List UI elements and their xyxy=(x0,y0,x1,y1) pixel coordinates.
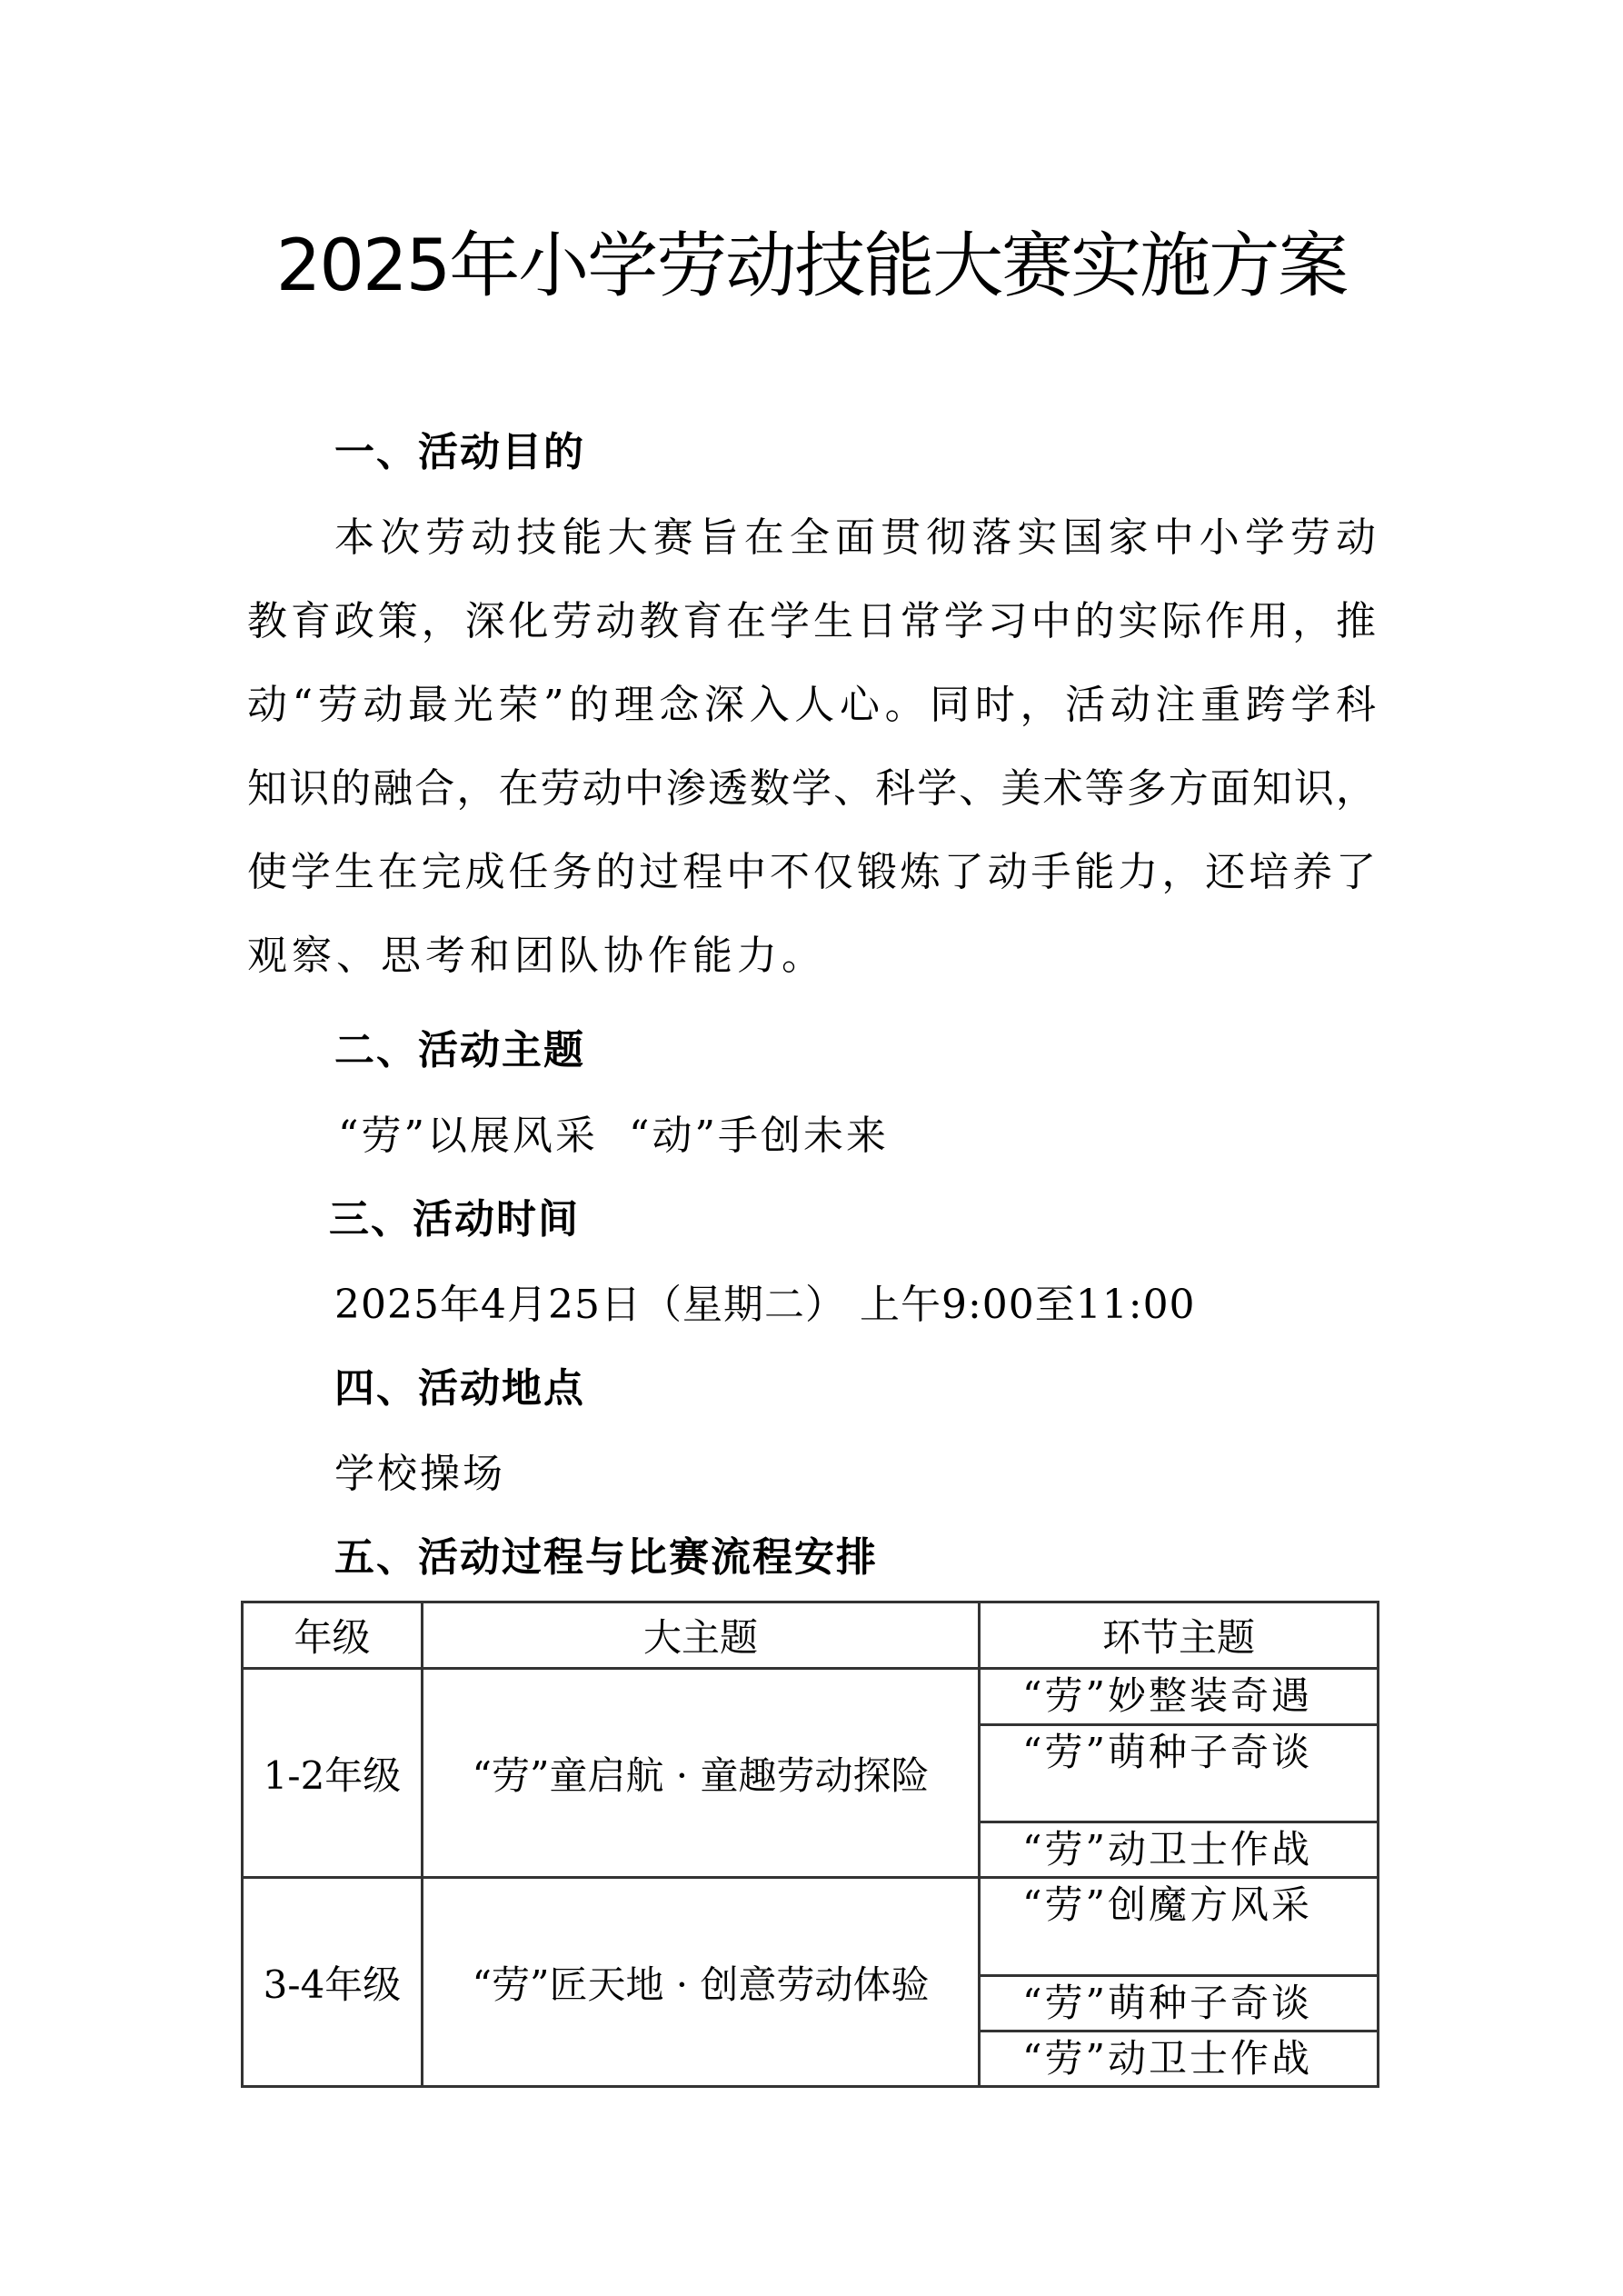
table-row: 1-2年级 “劳”童启航 · 童趣劳动探险 “劳”妙整装奇遇 xyxy=(243,1669,1379,1725)
sub-theme-cell: “劳”萌种子奇谈 xyxy=(980,1725,1379,1822)
header-grade: 年级 xyxy=(243,1602,423,1669)
paragraph-line: 知识的融合，在劳动中渗透数学、科学、美术等多方面知识， xyxy=(247,762,1376,816)
activity-theme-text: “劳”以展风采 “动”手创未来 xyxy=(338,1109,889,1163)
paragraph-line: 动“劳动最光荣”的理念深入人心。同时，活动注重跨学科 xyxy=(247,678,1376,733)
sub-theme-cell: “劳”妙整装奇遇 xyxy=(980,1669,1379,1725)
paragraph-line: 本次劳动技能大赛旨在全面贯彻落实国家中小学劳动 xyxy=(334,511,1376,565)
activity-time-text: 2025年4月25日（星期二） 上午9:00至11:00 xyxy=(334,1278,1196,1333)
grade-cell: 1-2年级 xyxy=(243,1669,423,1878)
document-title: 2025年小学劳动技能大赛实施方案 xyxy=(0,207,1623,325)
section-heading-process: 五、活动过程与比赛流程安排 xyxy=(334,1531,878,1585)
sub-theme-cell: “劳”萌种子奇谈 xyxy=(980,1976,1379,2031)
header-sub-theme: 环节主题 xyxy=(980,1602,1379,1669)
section-heading-theme: 二、活动主题 xyxy=(334,1023,585,1078)
paragraph-line: 观察、思考和团队协作能力。 xyxy=(247,929,1376,983)
section-heading-location: 四、活动地点 xyxy=(334,1362,585,1416)
table-row: 3-4年级 “劳”匠天地 · 创意劳动体验 “劳”创魔方风采 xyxy=(243,1878,1379,1976)
paragraph-line: 使学生在完成任务的过程中不仅锻炼了动手能力，还培养了 xyxy=(247,845,1376,900)
document-page: 2025年小学劳动技能大赛实施方案 一、活动目的 本次劳动技能大赛旨在全面贯彻落… xyxy=(0,0,1623,2296)
section-heading-time: 三、活动时间 xyxy=(329,1193,580,1247)
activity-location-text: 学校操场 xyxy=(334,1447,505,1502)
sub-theme-cell: “劳”创魔方风采 xyxy=(980,1878,1379,1976)
table-header-row: 年级 大主题 环节主题 xyxy=(243,1602,1379,1669)
main-theme-cell: “劳”匠天地 · 创意劳动体验 xyxy=(423,1878,980,2087)
paragraph-line: 教育政策，深化劳动教育在学生日常学习中的实际作用，推 xyxy=(247,594,1376,649)
grade-cell: 3-4年级 xyxy=(243,1878,423,2087)
sub-theme-cell: “劳”动卫士作战 xyxy=(980,1822,1379,1878)
header-main-theme: 大主题 xyxy=(423,1602,980,1669)
main-theme-cell: “劳”童启航 · 童趣劳动探险 xyxy=(423,1669,980,1878)
sub-theme-cell: “劳”动卫士作战 xyxy=(980,2031,1379,2087)
schedule-table: 年级 大主题 环节主题 1-2年级 “劳”童启航 · 童趣劳动探险 “劳”妙整装… xyxy=(241,1601,1377,2084)
section-heading-purpose: 一、活动目的 xyxy=(334,425,585,480)
